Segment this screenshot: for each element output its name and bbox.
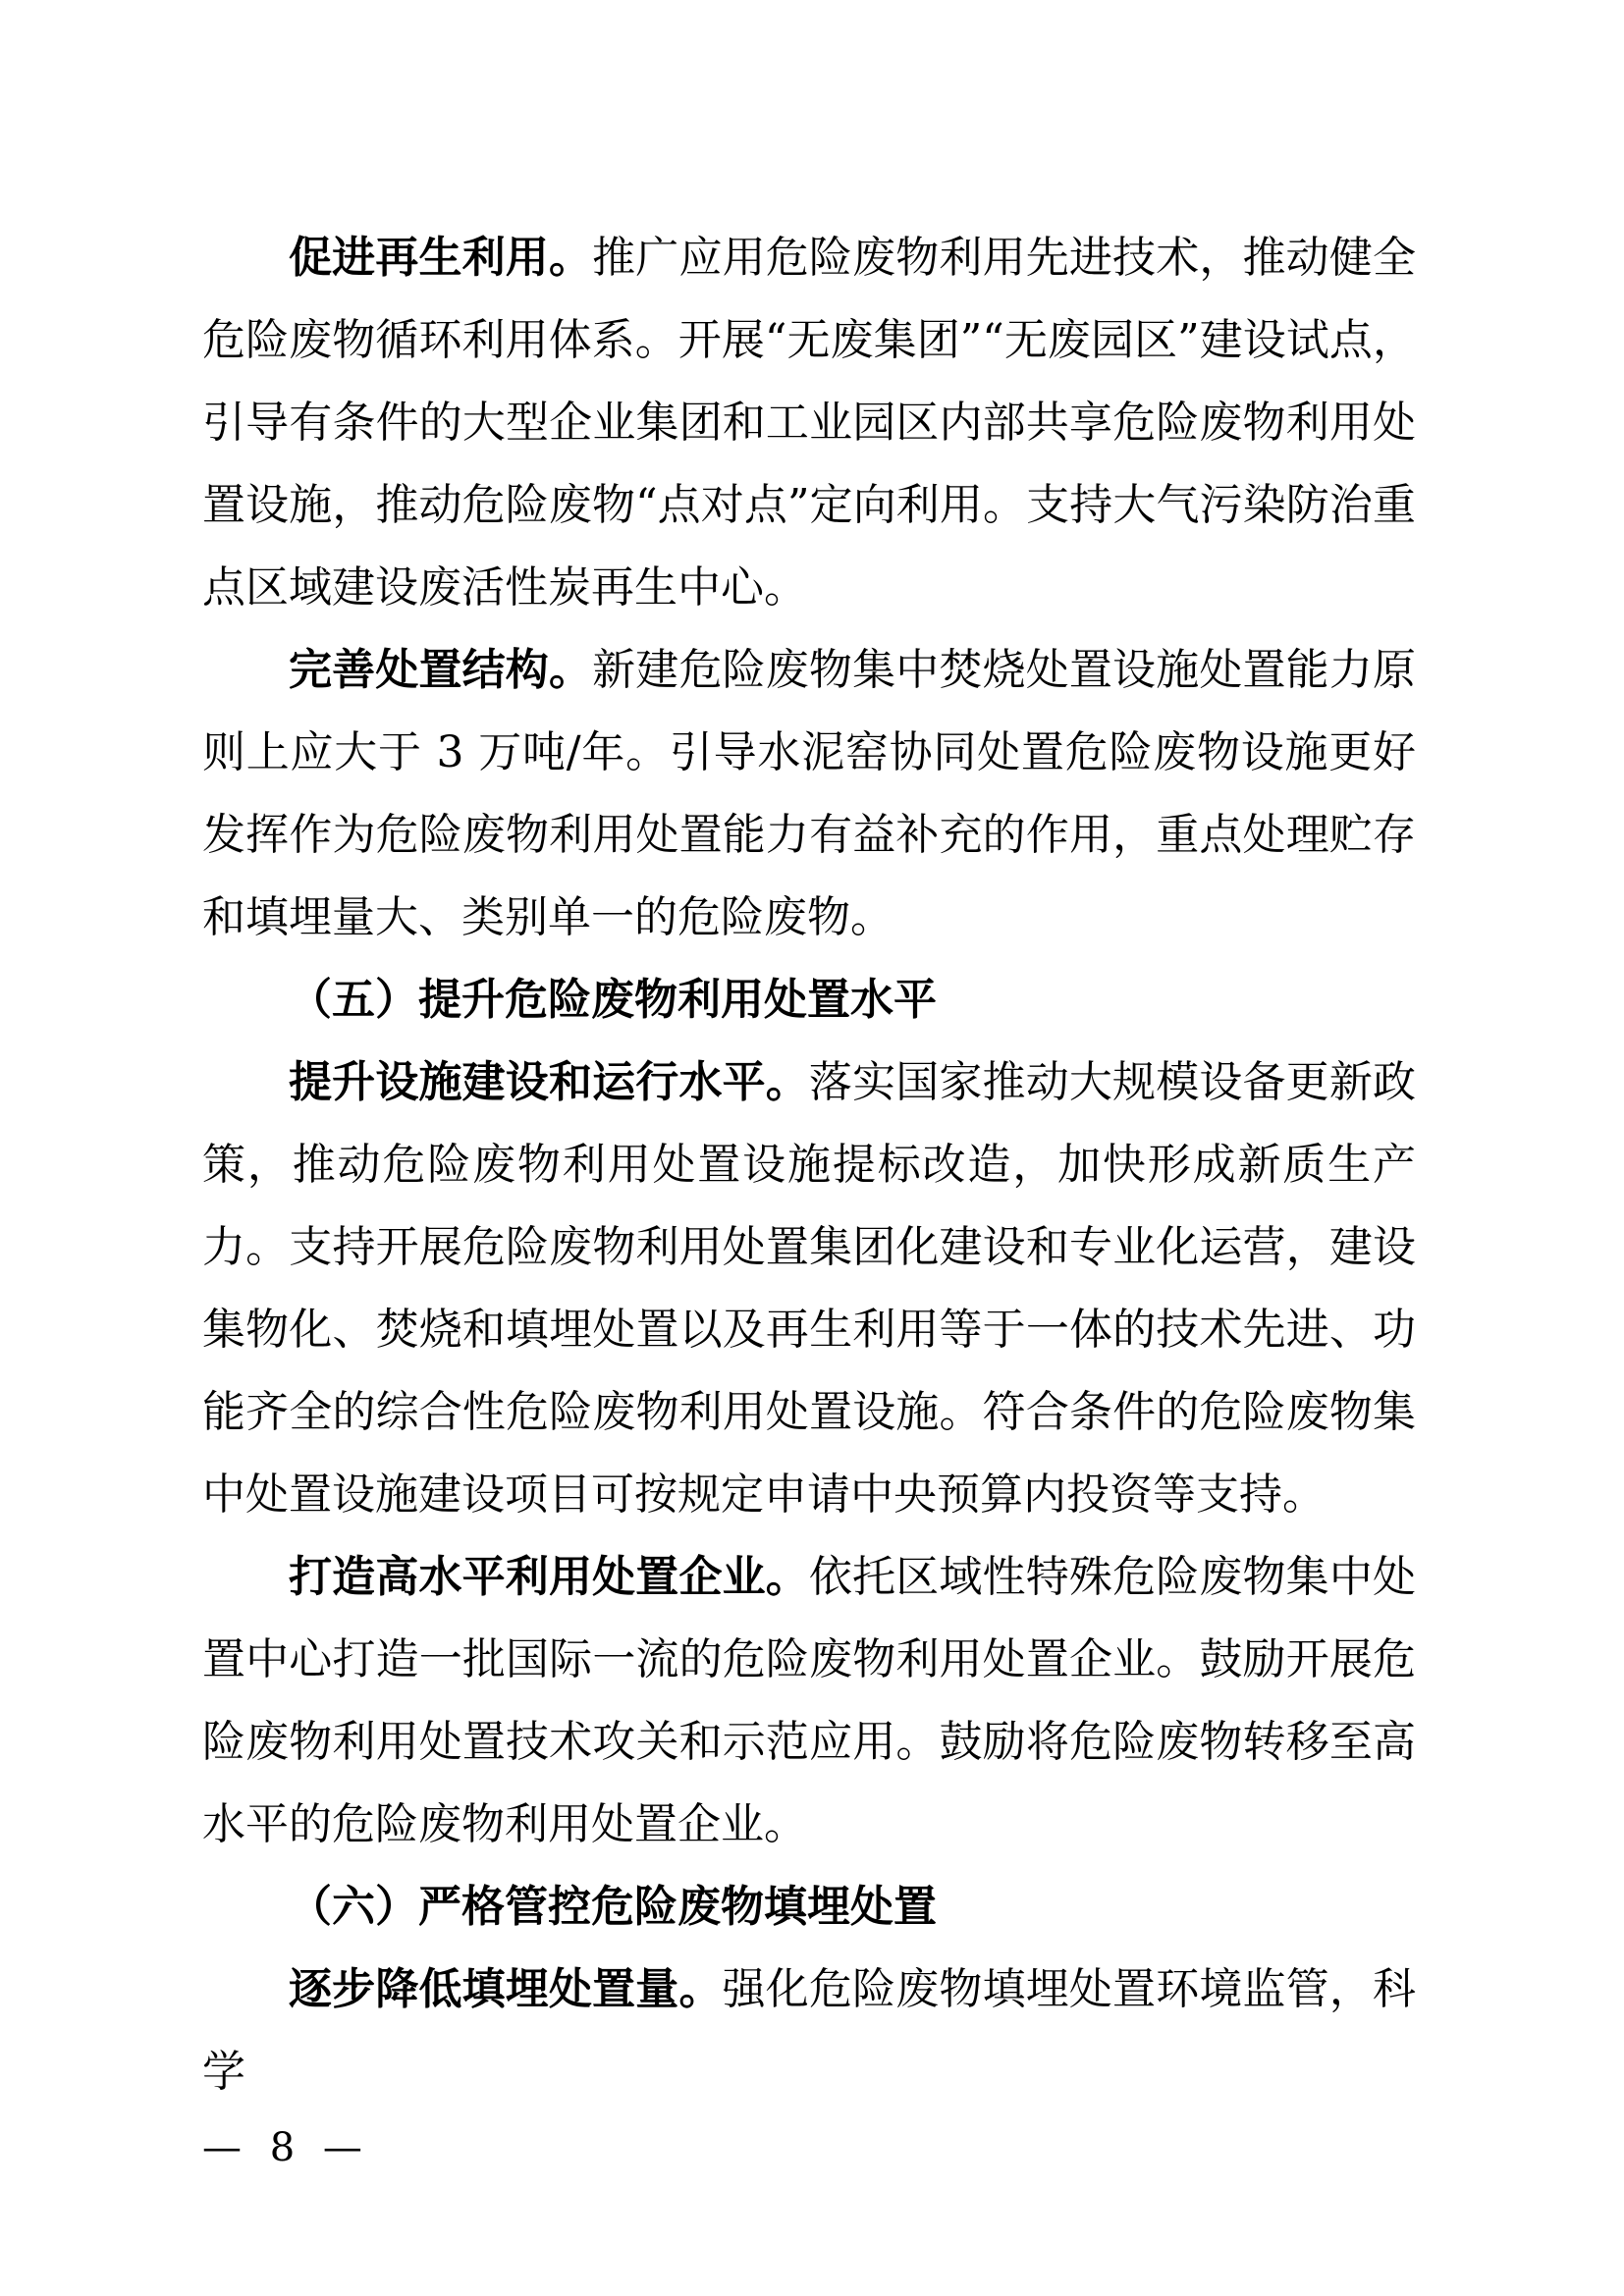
paragraph: 打造高水平利用处置企业。依托区域性特殊危险废物集中处置中心打造一批国际一流的危险…: [202, 1536, 1416, 1866]
paragraph: 提升设施建设和运行水平。落实国家推动大规模设备更新政策，推动危险废物利用处置设施…: [202, 1041, 1416, 1536]
paragraph-text: 推广应用危险废物利用先进技术，推动健全危险废物循环利用体系。开展“无废集团”“无…: [202, 233, 1416, 613]
paragraph-lead: 完善处置结构。: [289, 645, 592, 695]
paragraph-lead: 提升设施建设和运行水平。: [289, 1057, 809, 1107]
section-heading: （五）提升危险废物利用处置水平: [202, 959, 1416, 1041]
paragraph: 完善处置结构。新建危险废物集中焚烧处置设施处置能力原则上应大于 3 万吨/年。引…: [202, 629, 1416, 959]
document-body: 促进再生利用。推广应用危险废物利用先进技术，推动健全危险废物循环利用体系。开展“…: [202, 217, 1416, 2113]
paragraph: 促进再生利用。推广应用危险废物利用先进技术，推动健全危险废物循环利用体系。开展“…: [202, 217, 1416, 629]
paragraph-text: 落实国家推动大规模设备更新政策，推动危险废物利用处置设施提标改造，加快形成新质生…: [202, 1057, 1416, 1520]
page-number: — 8 —: [202, 2118, 362, 2177]
paragraph-lead: 打造高水平利用处置企业。: [289, 1552, 809, 1602]
paragraph-lead: 逐步降低填埋处置量。: [289, 1964, 723, 2014]
document-page: 促进再生利用。推广应用危险废物利用先进技术，推动健全危险废物循环利用体系。开展“…: [0, 0, 1624, 2296]
section-heading: （六）严格管控危险废物填埋处置: [202, 1866, 1416, 1949]
paragraph: 逐步降低填埋处置量。强化危险废物填埋处置环境监管，科学: [202, 1949, 1416, 2113]
paragraph-lead: 促进再生利用。: [289, 233, 592, 283]
